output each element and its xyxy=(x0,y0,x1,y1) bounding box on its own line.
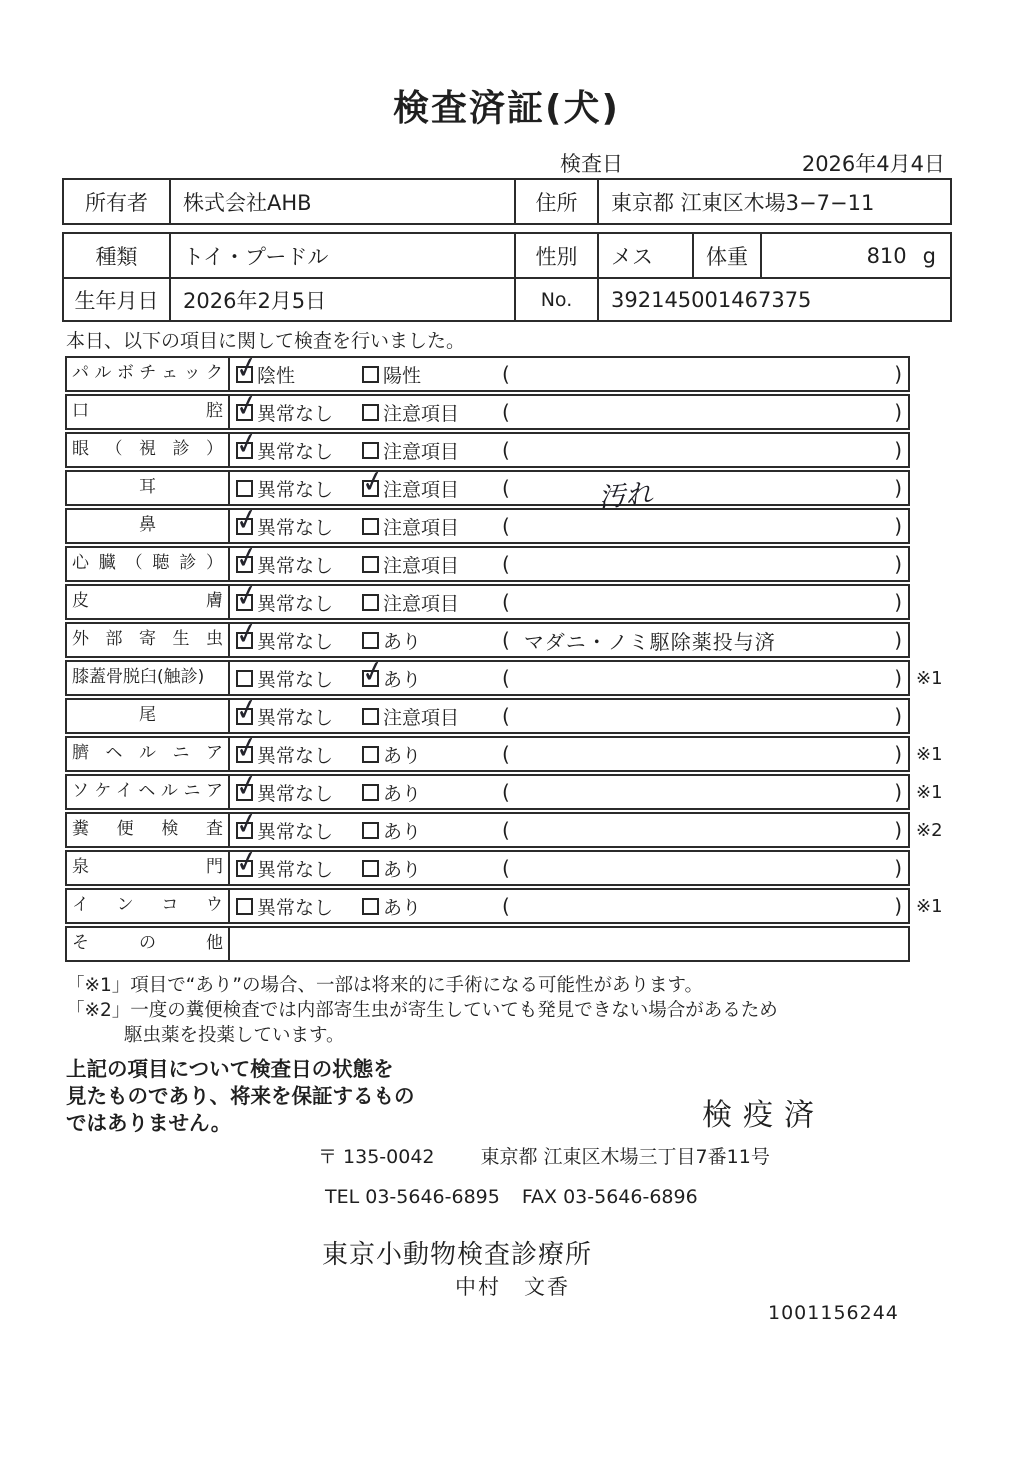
checklist-row-content: ✓ 異常なし ✓ あり ( ) xyxy=(230,852,908,884)
checklist-option-1: ✓ 異常なし xyxy=(236,776,333,808)
checklist-option-2-label: 注意項目 xyxy=(383,551,459,578)
checklist-option-1: ✓ 異常なし xyxy=(236,700,333,732)
remarks-text: マダニ・ノミ駆除薬投与済 xyxy=(510,626,894,655)
paren-close: ) xyxy=(894,780,902,804)
footnote-reference-mark: ※1 xyxy=(910,782,950,803)
address-value: 東京都 江東区木場3−7−11 xyxy=(597,180,950,223)
checkbox: ✓ xyxy=(236,746,253,763)
owner-table: 所有者 株式会社AHB 住所 東京都 江東区木場3−7−11 xyxy=(62,178,952,225)
paren-close: ) xyxy=(894,894,902,918)
scanned-certificate-page: 検査済証(犬) 検査日 2026年4月4日 所有者 株式会社AHB 住所 東京都… xyxy=(0,0,1013,1481)
remarks-parentheses: ( ) xyxy=(502,662,902,694)
checklist-option-1-label: 陰性 xyxy=(257,361,295,388)
checklist-row: パルボチェック ✓ 陰性 ✓ 陽性 ( ) xyxy=(65,356,910,392)
checklist-option-2-label: あり xyxy=(383,893,421,920)
checklist-row-label: 外部寄生虫 xyxy=(67,624,230,656)
checklist-option-1: ✓ 異常なし xyxy=(236,662,333,694)
checklist-row-label: 膝蓋骨脱臼(触診) xyxy=(67,662,230,694)
breed-label: 種類 xyxy=(64,234,169,277)
tel-number: TEL 03-5646-6895 xyxy=(325,1186,500,1208)
checkmark-icon: ✓ xyxy=(234,352,260,386)
checkbox: ✓ xyxy=(236,518,253,535)
tel-fax-line: TEL 03-5646-6895FAX 03-5646-6896 xyxy=(325,1186,698,1208)
checklist-row-content: ✓ 陰性 ✓ 陽性 ( ) xyxy=(230,358,908,390)
checklist-row: 臍ヘルニア ✓ 異常なし ✓ あり ( ) ※1 xyxy=(65,736,910,772)
checklist-row-label: 耳 xyxy=(67,472,230,504)
paren-open: ( xyxy=(502,400,510,424)
checklist-row-label: 心臓（聴診） xyxy=(67,548,230,580)
checklist-row-label: 皮膚 xyxy=(67,586,230,618)
remarks-parentheses: ( ) xyxy=(502,814,902,846)
checklist-row-label: 眼（視診） xyxy=(67,434,230,466)
checkbox: ✓ xyxy=(236,556,253,573)
postal-code: 〒 135-0042 xyxy=(318,1146,435,1168)
checklist-option-2-label: 注意項目 xyxy=(383,513,459,540)
checklist-row-content: ✓ 異常なし ✓ 注意項目 ( ) xyxy=(230,586,908,618)
checkbox: ✓ xyxy=(236,442,253,459)
paren-close: ) xyxy=(894,856,902,880)
paren-close: ) xyxy=(894,438,902,462)
checkmark-icon: ✓ xyxy=(234,846,260,880)
checklist-row: 耳 ✓ 異常なし ✓ 注意項目 ( 汚れ ) xyxy=(65,470,910,506)
checkbox: ✓ xyxy=(236,480,253,497)
remarks-parentheses: ( ) xyxy=(502,776,902,808)
checklist-option-2: ✓ あり xyxy=(362,890,421,922)
paren-open: ( xyxy=(502,704,510,728)
checklist-table: パルボチェック ✓ 陰性 ✓ 陽性 ( ) 口腔 xyxy=(65,356,910,964)
footnote-line-1: 「※1」項目で“あり”の場合、一部は将来的に手術になる可能性があります。 xyxy=(66,974,966,999)
page-title: 検査済証(犬) xyxy=(0,80,1013,131)
checklist-option-1-label: 異常なし xyxy=(257,399,333,426)
checkbox: ✓ xyxy=(362,860,379,877)
checklist-option-1: ✓ 異常なし xyxy=(236,510,333,542)
checklist-row-content: ✓ 異常なし ✓ あり ( ) xyxy=(230,776,908,808)
checklist-row-content: ✓ 異常なし ✓ あり ( ) xyxy=(230,738,908,770)
checklist-row: 心臓（聴診） ✓ 異常なし ✓ 注意項目 ( ) xyxy=(65,546,910,582)
checklist-option-1-label: 異常なし xyxy=(257,703,333,730)
intro-sentence: 本日、以下の項目に関して検査を行いました。 xyxy=(66,326,465,353)
checklist-option-2-label: 注意項目 xyxy=(383,475,459,502)
footnote-reference-mark: ※1 xyxy=(910,744,950,765)
checklist-option-2-label: あり xyxy=(383,817,421,844)
paren-close: ) xyxy=(894,400,902,424)
checklist-option-2: ✓ あり xyxy=(362,738,421,770)
weight-value: 810 g xyxy=(760,234,950,277)
checkbox: ✓ xyxy=(236,708,253,725)
checklist-option-1: ✓ 異常なし xyxy=(236,586,333,618)
checklist-option-2: ✓ 注意項目 xyxy=(362,434,459,466)
paren-open: ( xyxy=(502,590,510,614)
checkmark-icon: ✓ xyxy=(234,580,260,614)
checkmark-icon: ✓ xyxy=(234,732,260,766)
checkbox: ✓ xyxy=(362,594,379,611)
checklist-option-2-label: 注意項目 xyxy=(383,437,459,464)
checklist-row: 尾 ✓ 異常なし ✓ 注意項目 ( ) xyxy=(65,698,910,734)
remarks-parentheses: ( ) xyxy=(502,700,902,732)
footnote-reference-mark: ※1 xyxy=(910,668,950,689)
checkbox: ✓ xyxy=(236,898,253,915)
checklist-option-1-label: 異常なし xyxy=(257,475,333,502)
paren-open: ( xyxy=(502,552,510,576)
checkbox: ✓ xyxy=(362,708,379,725)
paren-close: ) xyxy=(894,514,902,538)
footnotes: 「※1」項目で“あり”の場合、一部は将来的に手術になる可能性があります。 「※2… xyxy=(66,974,966,1049)
weight-label: 体重 xyxy=(692,234,760,277)
checklist-option-1-label: 異常なし xyxy=(257,513,333,540)
checklist-option-2-label: あり xyxy=(383,741,421,768)
checklist-row-content: ✓ 異常なし ✓ 注意項目 ( 汚れ ) xyxy=(230,472,908,504)
checklist-row: 皮膚 ✓ 異常なし ✓ 注意項目 ( ) xyxy=(65,584,910,620)
paren-open: ( xyxy=(502,362,510,386)
checklist-option-2: ✓ あり xyxy=(362,852,421,884)
checklist-row-label: インコウ xyxy=(67,890,230,922)
owner-value: 株式会社AHB xyxy=(169,180,514,223)
checkmark-icon: ✓ xyxy=(360,466,386,500)
examiner-name: 中村 文香 xyxy=(455,1271,570,1301)
checklist-row-label: その他 xyxy=(67,928,230,960)
checklist-option-1-label: 異常なし xyxy=(257,893,333,920)
checkbox: ✓ xyxy=(362,632,379,649)
checklist-row-label: 尾 xyxy=(67,700,230,732)
checklist-row-label: 臍ヘルニア xyxy=(67,738,230,770)
clinic-address-line: 〒 135-0042東京都 江東区木場三丁目7番11号 xyxy=(318,1142,770,1169)
checklist-option-1: ✓ 異常なし xyxy=(236,890,333,922)
paren-close: ) xyxy=(894,628,902,652)
disclaimer-text: 上記の項目について検査日の状態を 見たものであり、将来を保証するもの ではありま… xyxy=(66,1056,486,1137)
checklist-option-1: ✓ 異常なし xyxy=(236,548,333,580)
remarks-parentheses: ( ) xyxy=(502,396,902,428)
checklist-option-2: ✓ あり xyxy=(362,776,421,808)
checkbox: ✓ xyxy=(362,746,379,763)
checkbox: ✓ xyxy=(362,784,379,801)
paren-close: ) xyxy=(894,476,902,500)
checklist-row-label: 泉門 xyxy=(67,852,230,884)
checklist-row: 糞便検査 ✓ 異常なし ✓ あり ( ) ※2 xyxy=(65,812,910,848)
checkmark-icon: ✓ xyxy=(234,808,260,842)
checklist-option-2-label: 陽性 xyxy=(383,361,421,388)
checklist-option-1-label: 異常なし xyxy=(257,437,333,464)
checklist-option-2: ✓ 注意項目 xyxy=(362,472,459,504)
weight-unit: g xyxy=(923,244,936,268)
footnote-reference-mark: ※1 xyxy=(910,896,950,917)
checklist-option-2-label: 注意項目 xyxy=(383,703,459,730)
checklist-option-1: ✓ 異常なし xyxy=(236,624,333,656)
checklist-row-label: パルボチェック xyxy=(67,358,230,390)
paren-close: ) xyxy=(894,742,902,766)
checklist-option-1-label: 異常なし xyxy=(257,855,333,882)
checklist-option-2: ✓ 注意項目 xyxy=(362,586,459,618)
checklist-row-content: ✓ 異常なし ✓ 注意項目 ( ) xyxy=(230,548,908,580)
checklist-row-content: ✓ 異常なし ✓ あり ( マダニ・ノミ駆除薬投与済 ) xyxy=(230,624,908,656)
checkmark-icon: ✓ xyxy=(234,542,260,576)
checklist-row: 外部寄生虫 ✓ 異常なし ✓ あり ( マダニ・ノミ駆除薬投与済 ) xyxy=(65,622,910,658)
checklist-row-label: 鼻 xyxy=(67,510,230,542)
paren-close: ) xyxy=(894,666,902,690)
disclaimer-line-2: 見たものであり、将来を保証するもの xyxy=(66,1083,486,1110)
remarks-parentheses: ( マダニ・ノミ駆除薬投与済 ) xyxy=(502,624,902,656)
number-label: No. xyxy=(514,279,597,320)
checkmark-icon: ✓ xyxy=(234,770,260,804)
checklist-option-1: ✓ 異常なし xyxy=(236,814,333,846)
checklist-option-2-label: あり xyxy=(383,855,421,882)
checklist-option-1: ✓ 異常なし xyxy=(236,852,333,884)
animal-info-table: 種類 トイ・プードル 性別 メス 体重 810 g 生年月日 2026年2月5日… xyxy=(62,232,952,322)
remarks-parentheses: ( ) xyxy=(502,548,902,580)
paren-open: ( xyxy=(502,856,510,880)
checkbox: ✓ xyxy=(362,442,379,459)
checklist-row-content: ✓ 異常なし ✓ 注意項目 ( ) xyxy=(230,396,908,428)
breed-value: トイ・プードル xyxy=(169,234,514,277)
checklist-row-content: ✓ 異常なし ✓ 注意項目 ( ) xyxy=(230,700,908,732)
checklist-option-1-label: 異常なし xyxy=(257,817,333,844)
checklist-option-2: ✓ 陽性 xyxy=(362,358,421,390)
checklist-option-2: ✓ あり xyxy=(362,662,421,694)
birthdate-label: 生年月日 xyxy=(64,279,169,320)
paren-close: ) xyxy=(894,704,902,728)
paren-close: ) xyxy=(894,552,902,576)
checklist-row-content: ✓ 異常なし ✓ あり ( ) xyxy=(230,814,908,846)
number-value: 392145001467375 xyxy=(597,279,950,320)
checklist-option-2-label: 注意項目 xyxy=(383,589,459,616)
checkbox: ✓ xyxy=(236,632,253,649)
checklist-option-2-label: あり xyxy=(383,665,421,692)
checkmark-icon: ✓ xyxy=(360,656,386,690)
weight-number: 810 xyxy=(867,244,907,268)
checklist-option-2-label: 注意項目 xyxy=(383,399,459,426)
checklist-option-2: ✓ あり xyxy=(362,814,421,846)
checkbox: ✓ xyxy=(362,670,379,687)
checklist-row-content: ✓ 異常なし ✓ 注意項目 ( ) xyxy=(230,510,908,542)
paren-open: ( xyxy=(502,628,510,652)
checklist-option-2: ✓ あり xyxy=(362,624,421,656)
checkbox: ✓ xyxy=(236,784,253,801)
footnote-reference-mark: ※2 xyxy=(910,820,950,841)
clinic-address: 東京都 江東区木場三丁目7番11号 xyxy=(481,1146,770,1168)
paren-open: ( xyxy=(502,742,510,766)
checklist-option-1-label: 異常なし xyxy=(257,779,333,806)
checklist-row-content: ✓ 異常なし ✓ あり ( ) xyxy=(230,890,908,922)
checklist-option-2: ✓ 注意項目 xyxy=(362,700,459,732)
remarks-parentheses: ( ) xyxy=(502,510,902,542)
checklist-row: 膝蓋骨脱臼(触診) ✓ 異常なし ✓ あり ( ) ※1 xyxy=(65,660,910,696)
checklist-row: ソケイヘルニア ✓ 異常なし ✓ あり ( ) ※1 xyxy=(65,774,910,810)
checklist-option-2: ✓ 注意項目 xyxy=(362,548,459,580)
checklist-row-content: ✓ 異常なし ✓ あり ( ) xyxy=(230,662,908,694)
checklist-row: インコウ ✓ 異常なし ✓ あり ( ) ※1 xyxy=(65,888,910,924)
checkmark-icon: ✓ xyxy=(234,694,260,728)
checklist-row-label: ソケイヘルニア xyxy=(67,776,230,808)
checklist-option-1: ✓ 異常なし xyxy=(236,434,333,466)
sex-label: 性別 xyxy=(514,234,597,277)
inspection-date-label: 検査日 xyxy=(560,148,623,178)
checkbox: ✓ xyxy=(236,860,253,877)
owner-label: 所有者 xyxy=(64,180,169,223)
checklist-option-2: ✓ 注意項目 xyxy=(362,510,459,542)
disclaimer-line-1: 上記の項目について検査日の状態を xyxy=(66,1056,486,1083)
remarks-parentheses: ( ) xyxy=(502,738,902,770)
document-number: 1001156244 xyxy=(768,1302,899,1324)
remarks-parentheses: ( ) xyxy=(502,890,902,922)
birthdate-value: 2026年2月5日 xyxy=(169,279,514,320)
paren-close: ) xyxy=(894,818,902,842)
checkbox: ✓ xyxy=(362,518,379,535)
checklist-option-2: ✓ 注意項目 xyxy=(362,396,459,428)
checklist-option-2-label: あり xyxy=(383,779,421,806)
fax-number: FAX 03-5646-6896 xyxy=(522,1186,698,1208)
checkmark-icon: ✓ xyxy=(234,618,260,652)
checklist-row-label: 糞便検査 xyxy=(67,814,230,846)
checklist-option-1-label: 異常なし xyxy=(257,741,333,768)
footnote-line-3: 駆虫薬を投薬しています。 xyxy=(66,1024,966,1049)
inspection-date-value: 2026年4月4日 xyxy=(802,148,945,178)
checkbox: ✓ xyxy=(362,366,379,383)
paren-open: ( xyxy=(502,666,510,690)
paren-close: ) xyxy=(894,362,902,386)
remarks-parentheses: ( ) xyxy=(502,586,902,618)
checkbox: ✓ xyxy=(362,822,379,839)
checklist-option-1: ✓ 異常なし xyxy=(236,396,333,428)
inspection-date-line: 検査日 2026年4月4日 xyxy=(62,148,951,174)
checklist-option-1-label: 異常なし xyxy=(257,627,333,654)
paren-open: ( xyxy=(502,514,510,538)
disclaimer-line-3: ではありません。 xyxy=(66,1110,486,1137)
checkbox: ✓ xyxy=(362,480,379,497)
checklist-row: 鼻 ✓ 異常なし ✓ 注意項目 ( ) xyxy=(65,508,910,544)
checkbox: ✓ xyxy=(236,404,253,421)
quarantine-done-stamp: 検疫済 xyxy=(702,1090,825,1134)
remarks-parentheses: ( ) xyxy=(502,852,902,884)
paren-open: ( xyxy=(502,894,510,918)
remarks-parentheses: ( ) xyxy=(502,358,902,390)
checklist-option-1: ✓ 異常なし xyxy=(236,472,333,504)
checkbox: ✓ xyxy=(362,556,379,573)
checklist-option-1-label: 異常なし xyxy=(257,589,333,616)
checkmark-icon: ✓ xyxy=(234,428,260,462)
checkbox: ✓ xyxy=(236,366,253,383)
checklist-option-1-label: 異常なし xyxy=(257,665,333,692)
checkbox: ✓ xyxy=(362,404,379,421)
checklist-row-content: ✓ ✓ ( ) xyxy=(230,928,908,960)
sex-value: メス xyxy=(597,234,692,277)
checklist-row-label: 口腔 xyxy=(67,396,230,428)
checklist-row: 泉門 ✓ 異常なし ✓ あり ( ) xyxy=(65,850,910,886)
checklist-option-1: ✓ 陰性 xyxy=(236,358,295,390)
checkbox: ✓ xyxy=(362,898,379,915)
remarks-parentheses: ( 汚れ ) xyxy=(502,472,902,504)
checkmark-icon: ✓ xyxy=(234,390,260,424)
checklist-option-1: ✓ 異常なし xyxy=(236,738,333,770)
checklist-option-2-label: あり xyxy=(383,627,421,654)
paren-open: ( xyxy=(502,780,510,804)
checkbox: ✓ xyxy=(236,594,253,611)
paren-open: ( xyxy=(502,818,510,842)
checkbox: ✓ xyxy=(236,670,253,687)
paren-close: ) xyxy=(894,590,902,614)
checkbox: ✓ xyxy=(236,822,253,839)
checklist-option-1-label: 異常なし xyxy=(257,551,333,578)
address-label: 住所 xyxy=(514,180,597,223)
clinic-name: 東京小動物検査診療所 xyxy=(322,1234,592,1271)
checkmark-icon: ✓ xyxy=(234,504,260,538)
footnote-line-2: 「※2」一度の糞便検査では内部寄生虫が寄生していても発見できない場合があるため xyxy=(66,999,966,1024)
checklist-row: その他 ✓ ✓ ( ) xyxy=(65,926,910,962)
paren-open: ( xyxy=(502,438,510,462)
checklist-row: 口腔 ✓ 異常なし ✓ 注意項目 ( ) xyxy=(65,394,910,430)
